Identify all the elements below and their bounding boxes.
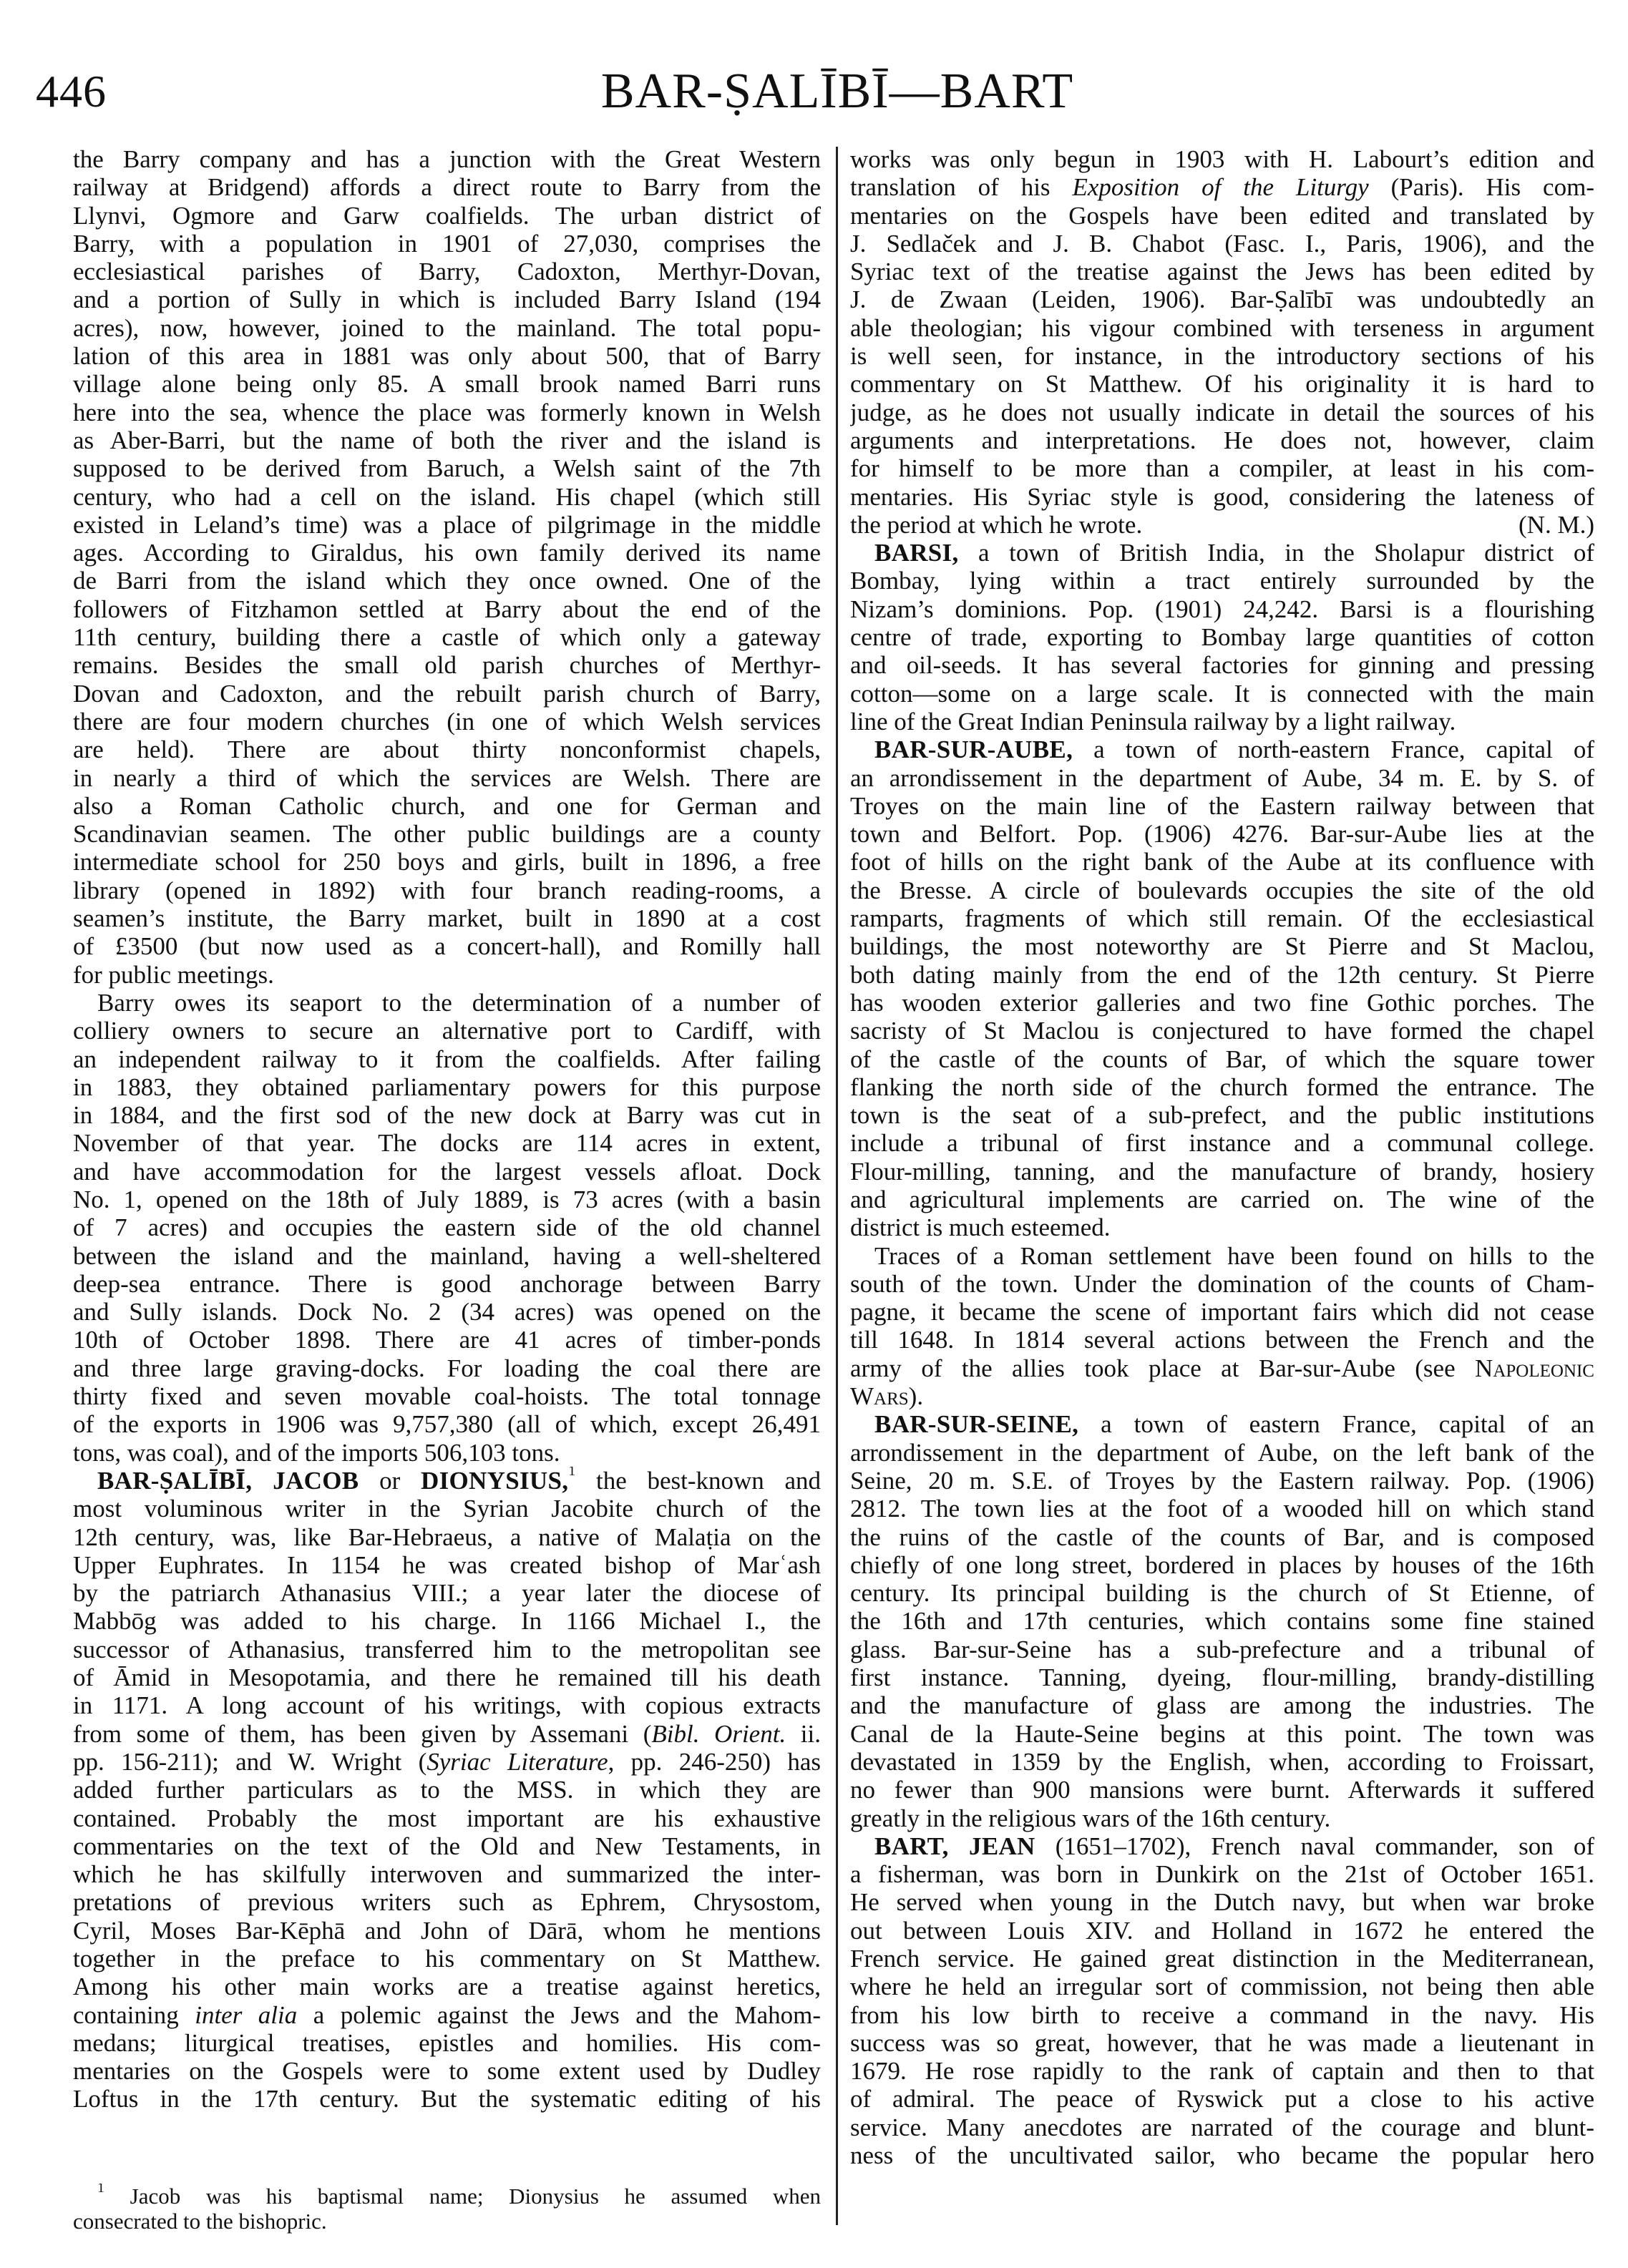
text-line: works was only begun in 1903 with H. Lab…: [850, 145, 1594, 173]
text-line: of £3500 (but now used as a concert-hall…: [73, 932, 821, 960]
text-run: centre of trade, exporting to Bombay lar…: [850, 623, 1594, 651]
text-line: which he has skilfully interwoven and su…: [73, 1860, 821, 1888]
text-line: in nearly a third of which the services …: [73, 764, 821, 792]
text-line: Canal de la Haute-Seine begins at this p…: [850, 1720, 1594, 1748]
text-line: Wars).: [850, 1382, 1594, 1410]
text-run: railway at Bridgend) affords a direct ro…: [73, 173, 821, 201]
text-run: and have accommodation for the largest v…: [73, 1158, 821, 1186]
text-run: village alone being only 85. A small bro…: [73, 370, 821, 398]
text-run: tons, was coal), and of the imports 506,…: [73, 1439, 560, 1467]
text-line: November of that year. The docks are 114…: [73, 1129, 821, 1157]
text-run: Among his other main works are a treatis…: [73, 1973, 821, 2000]
text-line: the ruins of the castle of the counts of…: [850, 1523, 1594, 1551]
text-run: works was only begun in 1903 with H. Lab…: [850, 145, 1594, 173]
text-line: contained. Probably the most important a…: [73, 1804, 821, 1832]
text-line: pretations of previous writers such as E…: [73, 1888, 821, 1916]
text-run: of Āmid in Mesopotamia, and there he rem…: [73, 1663, 821, 1691]
text-run: service. Many anecdotes are narrated of …: [850, 2113, 1594, 2141]
text-run: Mabbōg was added to his charge. In 1166 …: [73, 1607, 821, 1635]
text-run: cotton—some on a large scale. It is conn…: [850, 680, 1594, 708]
text-line: consecrated to the bishopric.: [73, 2209, 821, 2234]
text-run: November of that year. The docks are 114…: [73, 1129, 821, 1157]
text-run: pp. 156-211); and W. Wright (: [73, 1748, 427, 1776]
text-line: lation of this area in 1881 was only abo…: [73, 342, 821, 370]
text-line: service. Many anecdotes are narrated of …: [850, 2113, 1594, 2141]
text-line: an independent railway to it from the co…: [73, 1045, 821, 1073]
text-line: out between Louis XIV. and Holland in 16…: [850, 1917, 1594, 1945]
text-run: south of the town. Under the domination …: [850, 1270, 1594, 1298]
text-run: is well seen, for instance, in the intro…: [850, 342, 1594, 370]
text-run: mentaries on the Gospels have been edite…: [850, 202, 1594, 230]
text-line: colliery owners to secure an alternative…: [73, 1017, 821, 1045]
text-run: Syriac text of the treatise against the …: [850, 258, 1594, 285]
text-run: commentaries on the text of the Old and …: [73, 1832, 821, 1860]
text-run: translation of his: [850, 173, 1072, 201]
text-run: 1679. He rose rapidly to the rank of cap…: [850, 2057, 1594, 2085]
text-line: has wooden exterior galleries and two fi…: [850, 989, 1594, 1017]
text-line: J. Sedlaček and J. B. Chabot (Fasc. I., …: [850, 230, 1594, 258]
text-run: arguments and interpretations. He does n…: [850, 426, 1594, 454]
text-line: flanking the north side of the church fo…: [850, 1073, 1594, 1101]
text-line: there are four modern churches (in one o…: [73, 708, 821, 735]
text-line: No. 1, opened on the 18th of July 1889, …: [73, 1186, 821, 1213]
text-run: library (opened in 1892) with four branc…: [73, 876, 821, 904]
text-line: Cyril, Moses Bar-Kēphā and John of Dārā,…: [73, 1917, 821, 1945]
text-run: Llynvi, Ogmore and Garw coalfields. The …: [73, 202, 821, 230]
text-run: pagne, it became the scene of important …: [850, 1298, 1594, 1326]
text-run: as Aber-Barri, but the name of both the …: [73, 426, 821, 454]
text-run: include a tribunal of first instance and…: [850, 1129, 1594, 1157]
text-line: He served when young in the Dutch navy, …: [850, 1888, 1594, 1916]
text-line: French service. He gained great distinct…: [850, 1945, 1594, 1973]
text-run: for himself to be more than a compiler, …: [850, 454, 1594, 482]
text-run: contained. Probably the most important a…: [73, 1804, 821, 1832]
text-line: Bombay, lying within a tract entirely su…: [850, 567, 1594, 595]
text-run: of the exports in 1906 was 9,757,380 (al…: [73, 1410, 821, 1438]
text-line: from some of them, has been given by Ass…: [73, 1720, 821, 1748]
text-line: 1679. He rose rapidly to the rank of cap…: [850, 2057, 1594, 2085]
text-run: arrondissement in the department of Aube…: [850, 1439, 1594, 1467]
text-run: intermediate school for 250 boys and gir…: [73, 848, 821, 876]
text-run: acres), now, however, joined to the main…: [73, 314, 821, 342]
text-run: followers of Fitzhamon settled at Barry …: [73, 595, 821, 623]
text-line: as Aber-Barri, but the name of both the …: [73, 426, 821, 454]
text-run: able theologian; his vigour combined wit…: [850, 314, 1594, 342]
text-run: added further particulars as to the MSS.…: [73, 1776, 821, 1804]
text-line: together in the preface to his commentar…: [73, 1945, 821, 1973]
text-line: greatly in the religious wars of the 16t…: [850, 1804, 1594, 1832]
text-line: glass. Bar-sur-Seine has a sub-prefectur…: [850, 1636, 1594, 1663]
text-line: from his low birth to receive a command …: [850, 2001, 1594, 2029]
text-run: of 7 acres) and occupies the eastern sid…: [73, 1213, 821, 1241]
text-run: thirty fixed and seven movable coal-hois…: [73, 1382, 821, 1410]
italic-title: Exposition of the Liturgy: [1072, 173, 1368, 201]
text-run: Canal de la Haute-Seine begins at this p…: [850, 1720, 1594, 1748]
text-line: of the castle of the counts of Bar, of w…: [850, 1045, 1594, 1073]
text-run: by the patriarch Athanasius VIII.; a yea…: [73, 1579, 821, 1607]
text-line: ecclesiastical parishes of Barry, Cadoxt…: [73, 258, 821, 285]
text-line: thirty fixed and seven movable coal-hois…: [73, 1382, 821, 1410]
text-run: de Barri from the island which they once…: [73, 567, 821, 595]
text-line: the Barry company and has a junction wit…: [73, 145, 821, 173]
text-line: and a portion of Sully in which is inclu…: [73, 285, 821, 313]
text-line: south of the town. Under the domination …: [850, 1270, 1594, 1298]
text-line: of 7 acres) and occupies the eastern sid…: [73, 1213, 821, 1241]
text-run: a polemic against the Jews and the Mahom…: [297, 2001, 821, 2029]
text-line: ness of the uncultivated sailor, who bec…: [850, 2141, 1594, 2169]
text-line: the Bresse. A circle of boulevards occup…: [850, 876, 1594, 904]
text-line: and three large graving-docks. For loadi…: [73, 1354, 821, 1382]
text-line: 11th century, building there a castle of…: [73, 623, 821, 651]
text-run: or: [359, 1467, 421, 1495]
text-line: for public meetings.: [73, 961, 821, 989]
text-line: devastated in 1359 by the English, when,…: [850, 1748, 1594, 1776]
text-run: in 1884, and the first sod of the new do…: [73, 1101, 821, 1129]
entry-headword: BARSI,: [874, 539, 959, 567]
text-line: ramparts, fragments of which still remai…: [850, 904, 1594, 932]
text-run: Barry owes its seaport to the determinat…: [97, 989, 821, 1017]
text-line: success was so great, however, that he w…: [850, 2029, 1594, 2057]
text-line: Barry, with a population in 1901 of 27,0…: [73, 230, 821, 258]
text-line: 10th of October 1898. There are 41 acres…: [73, 1326, 821, 1354]
text-line: where he held an irregular sort of commi…: [850, 1973, 1594, 2000]
text-run: the Barry company and has a junction wit…: [73, 145, 821, 173]
text-line: by the patriarch Athanasius VIII.; a yea…: [73, 1579, 821, 1607]
text-line: and the manufacture of glass are among t…: [850, 1691, 1594, 1719]
text-run: (1651–1702), French naval commander, son…: [1035, 1832, 1594, 1860]
text-run: sacristy of St Maclou is conjectured to …: [850, 1017, 1594, 1045]
text-line: existed in Leland’s time) was a place of…: [73, 511, 821, 539]
text-run: (Paris). His com-: [1369, 173, 1594, 201]
text-line: mentaries on the Gospels were to some ex…: [73, 2057, 821, 2085]
text-line: supposed to be derived from Baruch, a We…: [73, 454, 821, 482]
text-line: chiefly of one long street, bordered in …: [850, 1551, 1594, 1579]
text-line: town and Belfort. Pop. (1906) 4276. Bar-…: [850, 820, 1594, 848]
text-line: first instance. Tanning, dyeing, flour-m…: [850, 1663, 1594, 1691]
text-run: and three large graving-docks. For loadi…: [73, 1354, 821, 1382]
text-run: no fewer than 900 mansions were burnt. A…: [850, 1776, 1594, 1804]
text-line: the period at which he wrote.(N. M.): [850, 511, 1594, 539]
text-line: seamen’s institute, the Barry market, bu…: [73, 904, 821, 932]
text-run: containing: [73, 2001, 195, 2029]
text-line: army of the allies took place at Bar-sur…: [850, 1354, 1594, 1382]
text-line: Dovan and Cadoxton, and the rebuilt pari…: [73, 680, 821, 708]
footnote-marker: 1: [568, 1467, 575, 1479]
text-run: chiefly of one long street, bordered in …: [850, 1551, 1594, 1579]
text-run: lation of this area in 1881 was only abo…: [73, 342, 821, 370]
text-line: Syriac text of the treatise against the …: [850, 258, 1594, 285]
text-line: are held). There are about thirty noncon…: [73, 735, 821, 763]
text-line: railway at Bridgend) affords a direct ro…: [73, 173, 821, 201]
text-line: between the island and the mainland, hav…: [73, 1242, 821, 1270]
text-run: Cyril, Moses Bar-Kēphā and John of Dārā,…: [73, 1917, 821, 1945]
text-run: an independent railway to it from the co…: [73, 1045, 821, 1073]
text-run: a town of British India, in the Sholapur…: [959, 539, 1594, 567]
text-run: Traces of a Roman settlement have been f…: [874, 1242, 1594, 1270]
text-run: flanking the north side of the church fo…: [850, 1073, 1594, 1101]
text-line: library (opened in 1892) with four branc…: [73, 876, 821, 904]
left-column: the Barry company and has a junction wit…: [73, 145, 821, 2113]
footnote-marker: 1: [97, 2184, 104, 2196]
text-line: Llynvi, Ogmore and Garw coalfields. The …: [73, 202, 821, 230]
entry-headword-line: BAR-SUR-AUBE, a town of north-eastern Fr…: [850, 735, 1594, 763]
text-line: 2812. The town lies at the foot of a woo…: [850, 1495, 1594, 1522]
right-column: works was only begun in 1903 with H. Lab…: [850, 145, 1594, 2169]
text-run: J. Sedlaček and J. B. Chabot (Fasc. I., …: [850, 230, 1594, 258]
text-line: pp. 156-211); and W. Wright (Syriac Lite…: [73, 1748, 821, 1776]
text-run: success was so great, however, that he w…: [850, 2029, 1594, 2057]
text-run: He served when young in the Dutch navy, …: [850, 1888, 1594, 1916]
text-line: containing inter alia a polemic against …: [73, 2001, 821, 2029]
text-run: devastated in 1359 by the English, when,…: [850, 1748, 1594, 1776]
text-line: Nizam’s dominions. Pop. (1901) 24,242. B…: [850, 595, 1594, 623]
text-line: the 16th and 17th centuries, which conta…: [850, 1607, 1594, 1635]
text-run: , pp. 246-250) has: [608, 1748, 821, 1776]
text-run: ages. According to Giraldus, his own fam…: [73, 539, 821, 567]
text-run: Bombay, lying within a tract entirely su…: [850, 567, 1594, 595]
column-divider-rule: [836, 147, 838, 2225]
text-run: from his low birth to receive a command …: [850, 2001, 1594, 2029]
text-run: 12th century, was, like Bar-Hebraeus, a …: [73, 1523, 821, 1551]
text-run: mentaries. His Syriac style is good, con…: [850, 483, 1594, 511]
text-run: between the island and the mainland, hav…: [73, 1242, 821, 1270]
cross-reference: Wars: [850, 1382, 909, 1410]
text-line: arrondissement in the department of Aube…: [850, 1439, 1594, 1467]
text-run: 10th of October 1898. There are 41 acres…: [73, 1326, 821, 1354]
text-line: and Sully islands. Dock No. 2 (34 acres)…: [73, 1298, 821, 1326]
text-line: Among his other main works are a treatis…: [73, 1973, 821, 2000]
text-run: judge, as he does not usually indicate i…: [850, 399, 1594, 426]
text-run: of admiral. The peace of Ryswick put a c…: [850, 2085, 1594, 2113]
text-run: the 16th and 17th centuries, which conta…: [850, 1607, 1594, 1635]
text-run: the period at which he wrote.: [850, 511, 1142, 539]
text-run: and the manufacture of glass are among t…: [850, 1691, 1594, 1719]
text-run: colliery owners to secure an alternative…: [73, 1017, 821, 1045]
text-line: de Barri from the island which they once…: [73, 567, 821, 595]
text-line: able theologian; his vigour combined wit…: [850, 314, 1594, 342]
text-line: also a Roman Catholic church, and one fo…: [73, 792, 821, 820]
text-run: in 1171. A long account of his writings,…: [73, 1691, 821, 1719]
text-line: J. de Zwaan (Leiden, 1906). Bar-Ṣalībī w…: [850, 285, 1594, 313]
text-run: medans; liturgical treatises, epistles a…: [73, 2029, 821, 2057]
text-run: mentaries on the Gospels were to some ex…: [73, 2057, 821, 2085]
text-run: ness of the uncultivated sailor, who bec…: [850, 2141, 1594, 2169]
text-line: intermediate school for 250 boys and gir…: [73, 848, 821, 876]
text-run: Jacob was his baptismal name; Dionysius …: [104, 2184, 821, 2209]
text-run: deep-sea entrance. There is good anchora…: [73, 1270, 821, 1298]
text-line: remains. Besides the small old parish ch…: [73, 651, 821, 679]
entry-headword-line: BAR-ṢALĪBĪ, JACOB or DIONYSIUS,1 the bes…: [73, 1467, 821, 1495]
text-line: followers of Fitzhamon settled at Barry …: [73, 595, 821, 623]
text-line: centre of trade, exporting to Bombay lar…: [850, 623, 1594, 651]
cross-reference: Napoleonic: [1475, 1354, 1594, 1382]
text-run: Barry, with a population in 1901 of 27,0…: [73, 230, 821, 258]
text-line: cotton—some on a large scale. It is conn…: [850, 680, 1594, 708]
text-line: of Āmid in Mesopotamia, and there he rem…: [73, 1663, 821, 1691]
text-run: of £3500 (but now used as a concert-hall…: [73, 932, 821, 960]
entry-headword: BART, JEAN: [874, 1832, 1035, 1860]
text-run: both dating mainly from the end of the 1…: [850, 961, 1594, 989]
text-run: pretations of previous writers such as E…: [73, 1888, 821, 1916]
text-line: Traces of a Roman settlement have been f…: [850, 1242, 1594, 1270]
text-run: has wooden exterior galleries and two fi…: [850, 989, 1594, 1017]
text-run: No. 1, opened on the 18th of July 1889, …: [73, 1186, 821, 1213]
text-run: Upper Euphrates. In 1154 he was created …: [73, 1551, 821, 1579]
italic-title: Bibl. Orient.: [651, 1720, 786, 1748]
text-line: translation of his Exposition of the Lit…: [850, 173, 1594, 201]
text-run: in nearly a third of which the services …: [73, 764, 821, 792]
text-line: in 1883, they obtained parliamentary pow…: [73, 1073, 821, 1101]
text-run: town is the seat of a sub-prefect, and t…: [850, 1101, 1594, 1129]
text-line: century, who had a cell on the island. H…: [73, 483, 821, 511]
text-line: 1 Jacob was his baptismal name; Dionysiu…: [73, 2184, 821, 2209]
text-run: line of the Great Indian Peninsula railw…: [850, 708, 1456, 735]
text-line: commentary on St Matthew. Of his origina…: [850, 370, 1594, 398]
text-run: ramparts, fragments of which still remai…: [850, 904, 1594, 932]
entry-headword: BAR-SUR-AUBE,: [874, 735, 1073, 763]
text-line: is well seen, for instance, in the intro…: [850, 342, 1594, 370]
text-line: successor of Athanasius, transferred him…: [73, 1636, 821, 1663]
entry-headword-line: BARSI, a town of British India, in the S…: [850, 539, 1594, 567]
text-line: for himself to be more than a compiler, …: [850, 454, 1594, 482]
text-line: medans; liturgical treatises, epistles a…: [73, 2029, 821, 2057]
text-run: foot of hills on the right bank of the A…: [850, 848, 1594, 876]
text-line: Flour-milling, tanning, and the manufact…: [850, 1158, 1594, 1186]
text-run: Troyes on the main line of the Eastern r…: [850, 792, 1594, 820]
text-line: added further particulars as to the MSS.…: [73, 1776, 821, 1804]
text-line: deep-sea entrance. There is good anchora…: [73, 1270, 821, 1298]
entry-headword: BAR-SUR-SEINE,: [874, 1410, 1078, 1438]
text-run: for public meetings.: [73, 961, 274, 989]
text-run: the ruins of the castle of the counts of…: [850, 1523, 1594, 1551]
text-run: Nizam’s dominions. Pop. (1901) 24,242. B…: [850, 595, 1594, 623]
text-line: ages. According to Giraldus, his own fam…: [73, 539, 821, 567]
text-run: 11th century, building there a castle of…: [73, 623, 821, 651]
text-run: where he held an irregular sort of commi…: [850, 1973, 1594, 2000]
text-line: of the exports in 1906 was 9,757,380 (al…: [73, 1410, 821, 1438]
text-line: here into the sea, whence the place was …: [73, 399, 821, 426]
text-line: line of the Great Indian Peninsula railw…: [850, 708, 1594, 735]
text-run: commentary on St Matthew. Of his origina…: [850, 370, 1594, 398]
text-line: include a tribunal of first instance and…: [850, 1129, 1594, 1157]
text-run: together in the preface to his commentar…: [73, 1945, 821, 1973]
text-line: of admiral. The peace of Ryswick put a c…: [850, 2085, 1594, 2113]
text-line: Seine, 20 m. S.E. of Troyes by the Easte…: [850, 1467, 1594, 1495]
text-line: and agricultural implements are carried …: [850, 1186, 1594, 1213]
entry-headword-line: BART, JEAN (1651–1702), French naval com…: [850, 1832, 1594, 1860]
text-run: greatly in the religious wars of the 16t…: [850, 1804, 1330, 1832]
text-run: the Bresse. A circle of boulevards occup…: [850, 876, 1594, 904]
text-line: Troyes on the main line of the Eastern r…: [850, 792, 1594, 820]
text-line: an arrondissement in the department of A…: [850, 764, 1594, 792]
text-run: existed in Leland’s time) was a place of…: [73, 511, 821, 539]
text-run: are held). There are about thirty noncon…: [73, 735, 821, 763]
text-run: a fisherman, was born in Dunkirk on the …: [850, 1860, 1594, 1888]
entry-headword-line: BAR-SUR-SEINE, a town of eastern France,…: [850, 1410, 1594, 1438]
text-run: consecrated to the bishopric.: [73, 2209, 327, 2234]
text-line: pagne, it became the scene of important …: [850, 1298, 1594, 1326]
text-line: in 1171. A long account of his writings,…: [73, 1691, 821, 1719]
text-run: and agricultural implements are carried …: [850, 1186, 1594, 1213]
entry-headword: DIONYSIUS,: [421, 1467, 568, 1495]
text-line: 12th century, was, like Bar-Hebraeus, a …: [73, 1523, 821, 1551]
text-line: Mabbōg was added to his charge. In 1166 …: [73, 1607, 821, 1635]
entry-headword: BAR-ṢALĪBĪ, JACOB: [97, 1467, 359, 1495]
text-run: 2812. The town lies at the foot of a woo…: [850, 1495, 1594, 1522]
text-run: ).: [909, 1382, 923, 1410]
text-run: there are four modern churches (in one o…: [73, 708, 821, 735]
footnote: 1 Jacob was his baptismal name; Dionysiu…: [73, 2184, 821, 2234]
text-run: successor of Athanasius, transferred him…: [73, 1636, 821, 1663]
text-run: ecclesiastical parishes of Barry, Cadoxt…: [73, 258, 821, 285]
text-run: from some of them, has been given by Ass…: [73, 1720, 651, 1748]
text-run: most voluminous writer in the Syrian Jac…: [73, 1495, 821, 1522]
page-title: BAR-ṢALĪBĪ—BART: [0, 62, 1628, 122]
text-line: judge, as he does not usually indicate i…: [850, 399, 1594, 426]
text-line: Scandinavian seamen. The other public bu…: [73, 820, 821, 848]
text-run: also a Roman Catholic church, and one fo…: [73, 792, 821, 820]
text-run: of the castle of the counts of Bar, of w…: [850, 1045, 1594, 1073]
text-run: buildings, the most noteworthy are St Pi…: [850, 932, 1594, 960]
text-run: a town of eastern France, capital of an: [1078, 1410, 1594, 1438]
text-line: a fisherman, was born in Dunkirk on the …: [850, 1860, 1594, 1888]
text-line: Barry owes its seaport to the determinat…: [73, 989, 821, 1017]
text-line: Loftus in the 17th century. But the syst…: [73, 2085, 821, 2113]
text-run: seamen’s institute, the Barry market, bu…: [73, 904, 821, 932]
text-run: remains. Besides the small old parish ch…: [73, 651, 821, 679]
italic-title: inter alia: [195, 2001, 297, 2029]
text-run: Loftus in the 17th century. But the syst…: [73, 2085, 821, 2113]
text-line: arguments and interpretations. He does n…: [850, 426, 1594, 454]
text-run: here into the sea, whence the place was …: [73, 399, 821, 426]
text-run: and a portion of Sully in which is inclu…: [73, 285, 821, 313]
text-run: out between Louis XIV. and Holland in 16…: [850, 1917, 1594, 1945]
text-line: tons, was coal), and of the imports 506,…: [73, 1439, 821, 1467]
text-line: in 1884, and the first sod of the new do…: [73, 1101, 821, 1129]
text-run: district is much esteemed.: [850, 1213, 1111, 1241]
text-line: acres), now, however, joined to the main…: [73, 314, 821, 342]
text-run: army of the allies took place at Bar-sur…: [850, 1354, 1475, 1382]
text-line: foot of hills on the right bank of the A…: [850, 848, 1594, 876]
text-line: Upper Euphrates. In 1154 he was created …: [73, 1551, 821, 1579]
text-run: supposed to be derived from Baruch, a We…: [73, 454, 821, 482]
text-run: in 1883, they obtained parliamentary pow…: [73, 1073, 821, 1101]
text-run: and Sully islands. Dock No. 2 (34 acres)…: [73, 1298, 821, 1326]
text-line: district is much esteemed.: [850, 1213, 1594, 1241]
text-line: both dating mainly from the end of the 1…: [850, 961, 1594, 989]
text-line: mentaries on the Gospels have been edite…: [850, 202, 1594, 230]
text-run: town and Belfort. Pop. (1906) 4276. Bar-…: [850, 820, 1594, 848]
text-line: and oil-seeds. It has several factories …: [850, 651, 1594, 679]
text-run: a town of north-eastern France, capital …: [1073, 735, 1594, 763]
text-run: the best-known and: [575, 1467, 821, 1495]
text-run: which he has skilfully interwoven and su…: [73, 1860, 821, 1888]
text-run: Flour-milling, tanning, and the manufact…: [850, 1158, 1594, 1186]
text-run: Scandinavian seamen. The other public bu…: [73, 820, 821, 848]
text-line: buildings, the most noteworthy are St Pi…: [850, 932, 1594, 960]
text-run: French service. He gained great distinct…: [850, 1945, 1594, 1973]
text-line: century. Its principal building is the c…: [850, 1579, 1594, 1607]
text-line: till 1648. In 1814 several actions betwe…: [850, 1326, 1594, 1354]
text-run: Dovan and Cadoxton, and the rebuilt pari…: [73, 680, 821, 708]
author-initials: (N. M.): [1519, 511, 1594, 539]
text-run: century, who had a cell on the island. H…: [73, 483, 821, 511]
text-run: first instance. Tanning, dyeing, flour-m…: [850, 1663, 1594, 1691]
italic-title: Syriac Literature: [427, 1748, 608, 1776]
text-run: ii.: [786, 1720, 821, 1748]
text-run: century. Its principal building is the c…: [850, 1579, 1594, 1607]
text-line: commentaries on the text of the Old and …: [73, 1832, 821, 1860]
